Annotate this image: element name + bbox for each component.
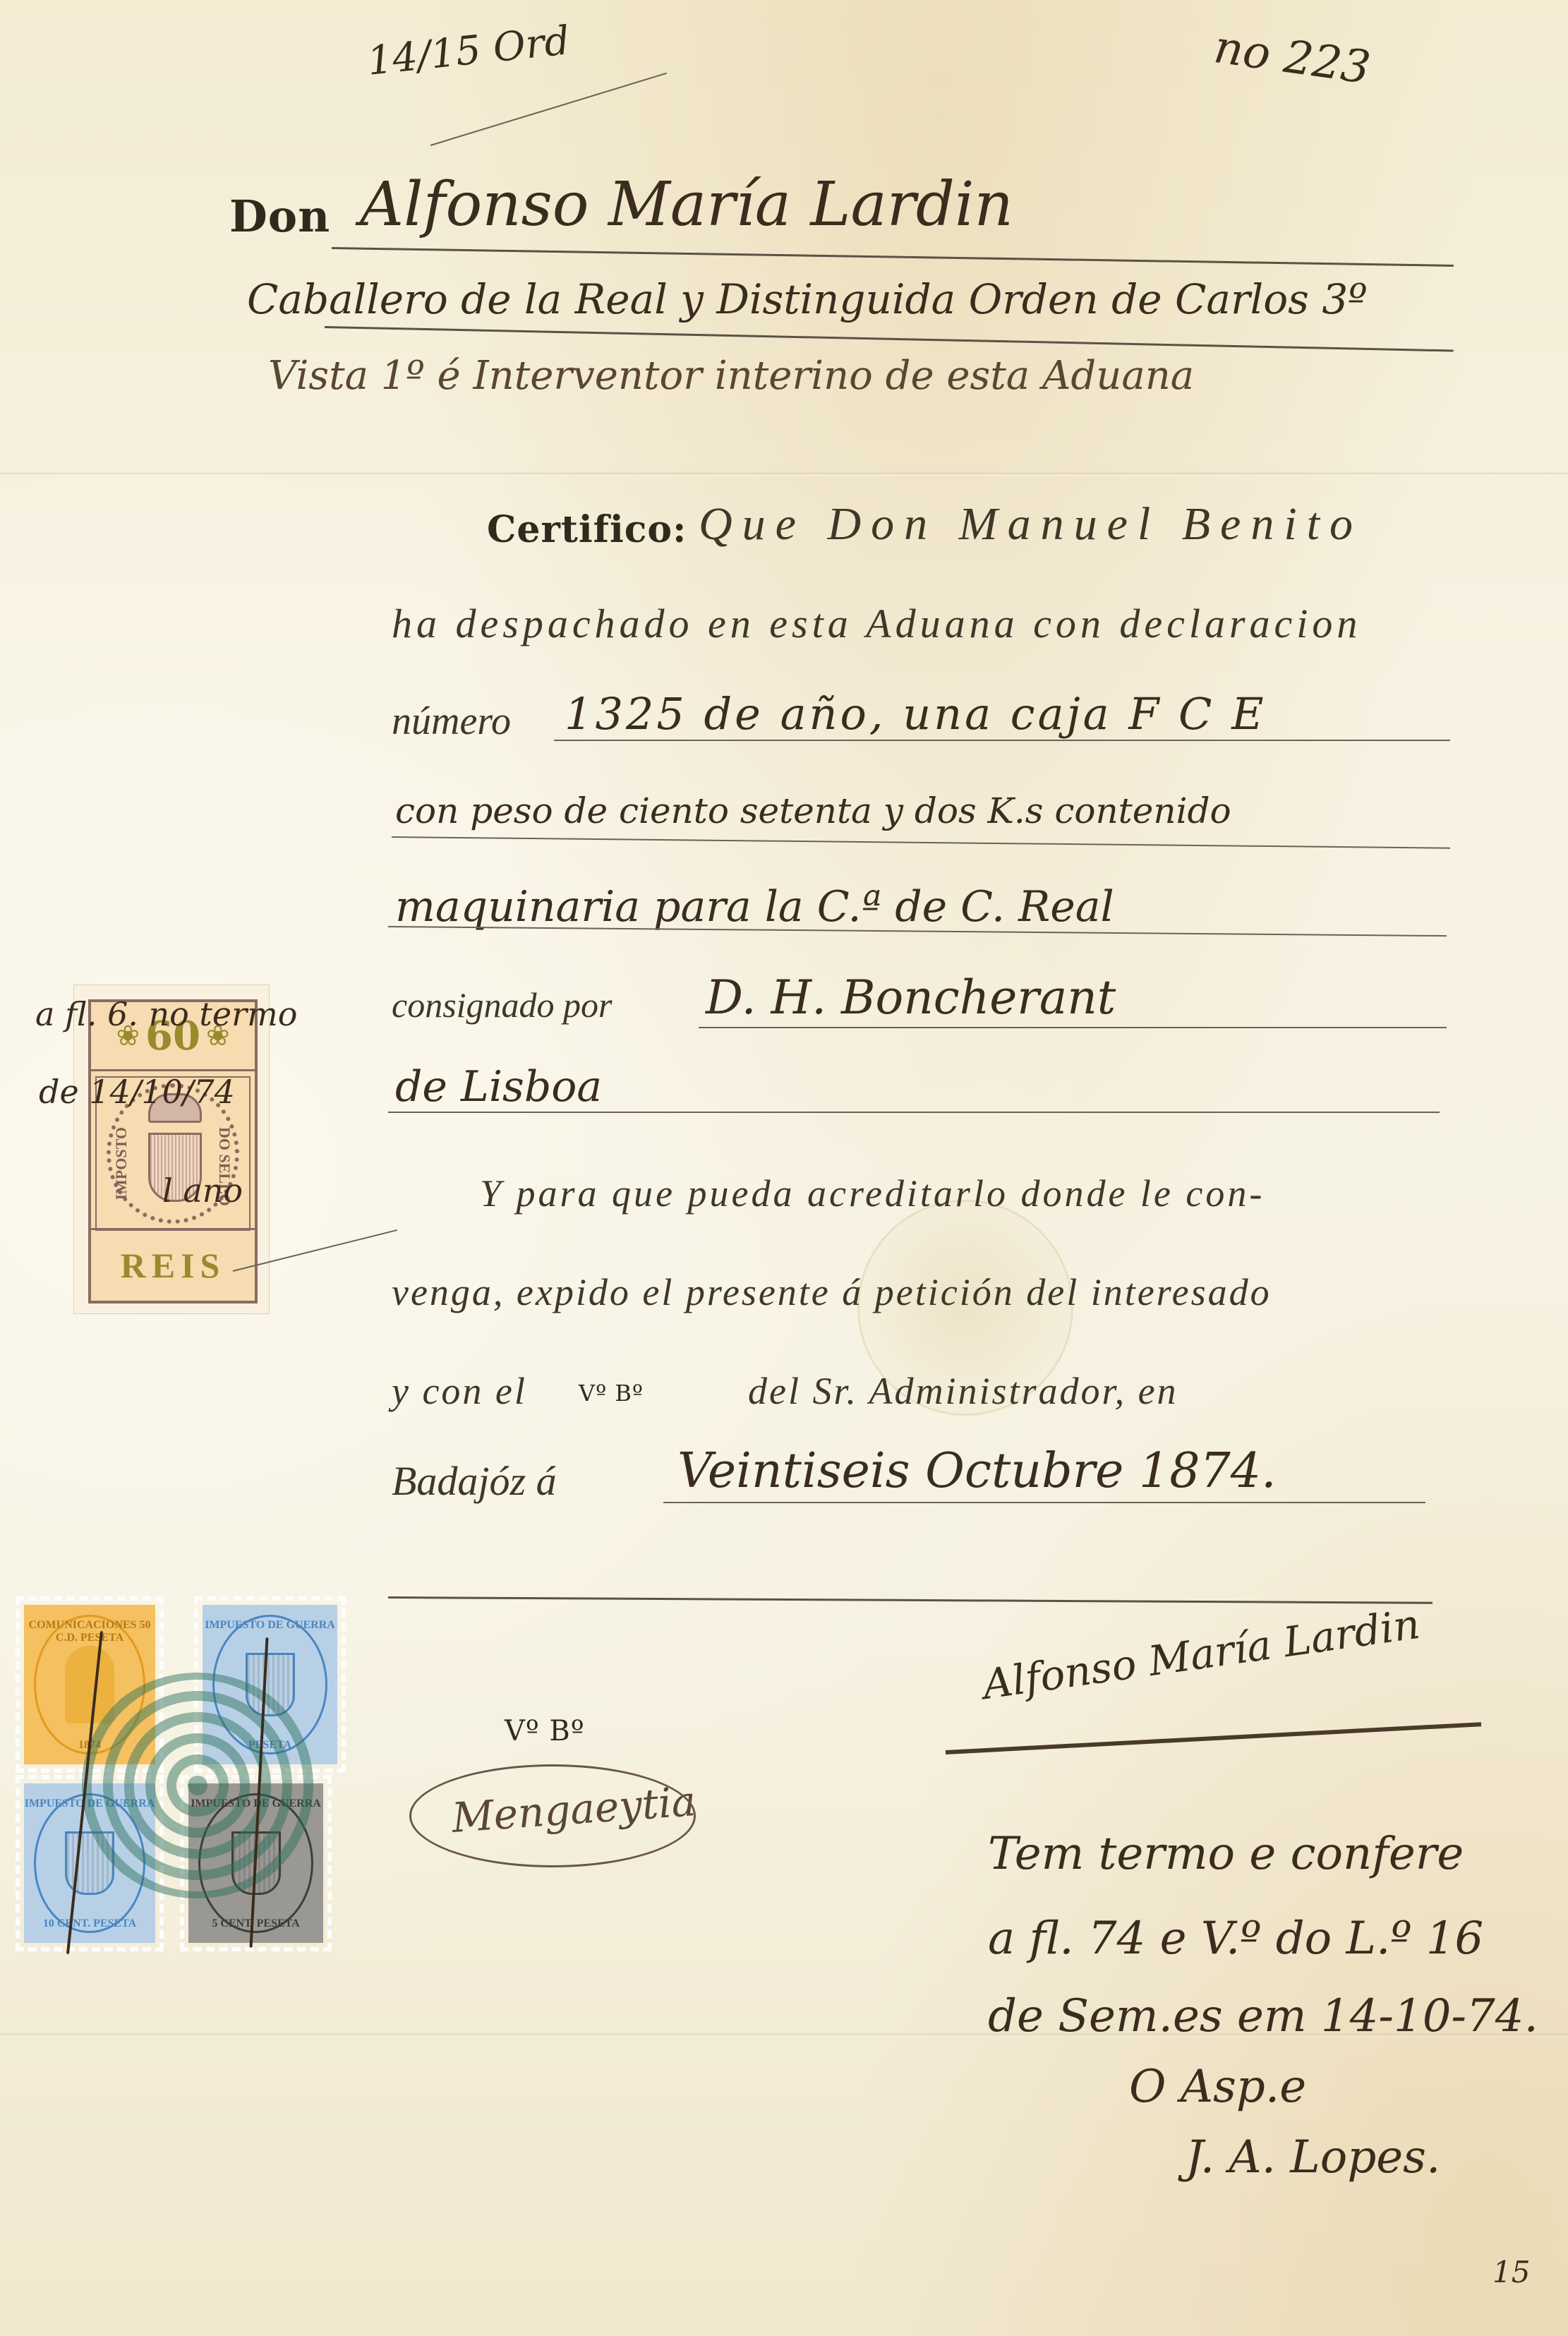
note-line4: O Asp.e xyxy=(1129,2061,1306,2113)
para-line3a: y con el xyxy=(392,1369,527,1413)
para-line2: venga, expido el presente á petición del… xyxy=(392,1270,1272,1314)
body-line1: Que Don Manuel Benito xyxy=(699,498,1363,551)
note-line3: de Sem.es em 14-10-74. xyxy=(988,1990,1538,2042)
fill-rule xyxy=(388,1112,1440,1113)
postmark-cancellation xyxy=(78,1673,318,1898)
signature-loop xyxy=(409,1764,696,1867)
para-line3c: del Sr. Administrador, en xyxy=(748,1369,1178,1413)
consigned-label: consignado por xyxy=(392,985,613,1025)
note-line2: a fl. 74 e V.º do L.º 16 xyxy=(988,1913,1483,1965)
fill-rule xyxy=(699,1027,1447,1028)
stamp-legend-left: IMPOSTO xyxy=(112,1127,131,1200)
vobo-inline: Vº Bº xyxy=(579,1380,644,1407)
vobo-label: Vº Bº xyxy=(505,1715,585,1747)
stamp-value: 10 CENT. PESETA xyxy=(24,1917,155,1930)
origin-line: de Lisboa xyxy=(395,1062,602,1112)
fold-line xyxy=(0,471,1568,476)
header-line3: Vista 1º é Interventor interino de esta … xyxy=(268,353,1194,399)
stamp-value: 5 CENT. PESETA xyxy=(188,1917,323,1930)
fill-rule xyxy=(554,740,1450,741)
consignor-name: D. H. Boncherant xyxy=(706,970,1116,1025)
stamp-currency: REIS xyxy=(121,1245,226,1286)
note-line1: Tem termo e confere xyxy=(988,1828,1464,1880)
margin-note-line1: a fl. 6. no termo xyxy=(35,995,297,1033)
place-label: Badajóz á xyxy=(392,1457,557,1505)
body-line3-label: número xyxy=(392,699,511,744)
body-line2: ha despachado en esta Aduana con declara… xyxy=(392,600,1361,647)
fill-rule xyxy=(663,1502,1425,1503)
contents-line: maquinaria para la C.ª de C. Real xyxy=(395,882,1114,932)
header-line2: Caballero de la Real y Distinguida Orden… xyxy=(247,275,1368,323)
stamp-legend: IMPUESTO DE GUERRA xyxy=(203,1619,337,1632)
date-written: Veintiseis Octubre 1874. xyxy=(677,1443,1277,1499)
weight-line: con peso de ciento setenta y dos K.s con… xyxy=(395,790,1231,831)
margin-note-line3: l ano xyxy=(162,1172,243,1210)
declaration-details: 1325 de año, una caja F C E xyxy=(565,688,1266,740)
page-number: 15 xyxy=(1492,2255,1530,2289)
portuguese-revenue-stamp: ❀ 60 ❀ IMPOSTO DO SELLO REIS xyxy=(73,985,270,1314)
note-signature: J. A. Lopes. xyxy=(1186,2131,1440,2184)
header-name: Alfonso María Lardin xyxy=(360,169,1013,240)
para-line1: Y para que pueda acreditarlo donde le co… xyxy=(480,1172,1265,1215)
salutation: Don xyxy=(229,191,330,242)
margin-note-line2: de 14/10/74 xyxy=(39,1073,235,1111)
stamp-legend: COMUNICACIONES 50 C.D. PESETA xyxy=(24,1619,155,1644)
certifico-label: Certifico: xyxy=(487,508,687,551)
